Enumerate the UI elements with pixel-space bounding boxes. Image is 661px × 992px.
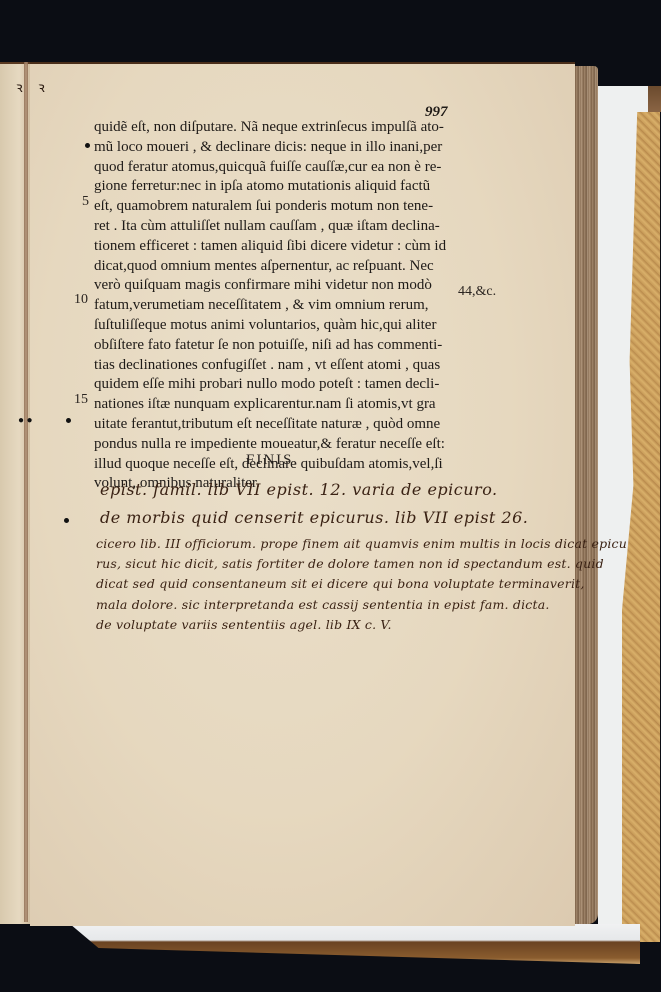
marginal-note: 44,&c.	[458, 284, 496, 300]
book-board-bottom	[70, 924, 640, 964]
binding-holes: ● ●	[18, 415, 33, 426]
handwritten-note: mala dolore. sic interpretanda est cassi…	[96, 597, 550, 612]
text-line: gione ferretur:nec in ipſa atomo mutatio…	[94, 177, 464, 197]
text-line: ſuſtuliſſeque motus animi voluntarios, q…	[94, 316, 464, 336]
text-line: uitate ferantut,tributum eſt neceſſitate…	[94, 415, 464, 435]
text-line: ret . Ita cùm attuliſſet nullam cauſſam …	[94, 217, 464, 237]
text-line: quidẽ eſt, non diſputare. Nã neque extri…	[94, 118, 464, 138]
handwritten-note: cicero lib. III officiorum. prope finem …	[96, 536, 627, 551]
handwritten-note: epist. famil. lib VII epist. 12. varia d…	[100, 480, 498, 499]
text-line: dicat,quod omnium mentes aſpernentur, ac…	[94, 257, 464, 277]
printed-text-block: quidẽ eſt, non diſputare. Nã neque extri…	[94, 118, 464, 494]
text-line: obſiſtere fato fatetur ſe non potuiſſe, …	[94, 336, 464, 356]
ink-dot	[85, 143, 90, 148]
gutter-ink-mark: ꝛ ꝛ	[16, 78, 51, 97]
text-line: mũ loco moueri , & declinare dicis: nequ…	[94, 138, 464, 158]
text-line: fatum,verumetiam neceſſitatem , & vim om…	[94, 296, 464, 316]
line-number-5: 5	[82, 194, 89, 210]
ink-dot	[64, 518, 69, 523]
text-line: tias declinationes confugiſſet . nam , v…	[94, 356, 464, 376]
page-block-edges	[572, 66, 598, 924]
ink-dot	[66, 418, 71, 423]
text-line: quidem eſſe mihi probari nullo modo pote…	[94, 375, 464, 395]
handwritten-note: de voluptate variis sententiis agel. lib…	[96, 617, 392, 632]
finis-heading: FINIS.	[246, 452, 299, 469]
text-line: verò quiſquam magis confirmare mihi vide…	[94, 276, 464, 296]
gutter-fold	[24, 62, 28, 922]
line-number-10: 10	[74, 292, 88, 308]
handwritten-note: rus, sicut hic dicit, satis fortiter de …	[96, 556, 604, 571]
handwritten-note: dicat sed quid consentaneum sit ei dicer…	[96, 576, 585, 591]
text-line: nationes iſtæ nunquam explicarentur.nam …	[94, 395, 464, 415]
text-line: eſt, quamobrem naturalem ſui ponderis mo…	[94, 197, 464, 217]
text-line: quod feratur atomus,quicquã fuiſſe cauſſ…	[94, 158, 464, 178]
line-number-15: 15	[74, 392, 88, 408]
handwritten-note: de morbis quid censerit epicurus. lib VI…	[100, 508, 528, 527]
text-line: tionem efficeret : tamen aliquid ſibi di…	[94, 237, 464, 257]
